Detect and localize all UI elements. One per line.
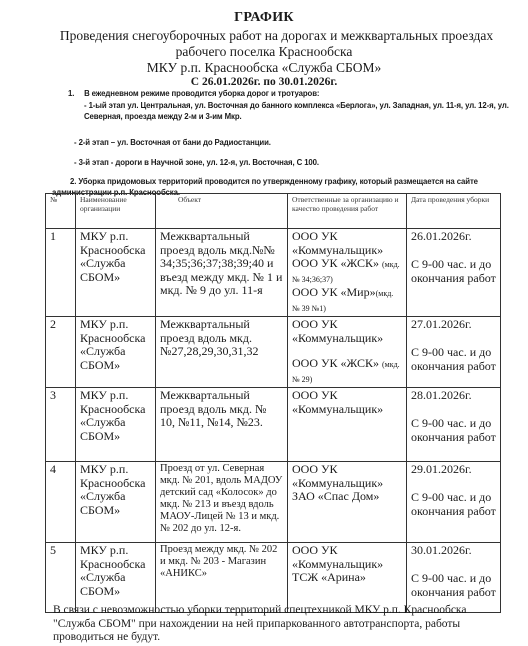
responsible-2: ЗАО «Спас Дом» (292, 489, 379, 503)
row-number: 4 (46, 462, 76, 543)
header-object: Объект (156, 194, 288, 229)
note-item-1-number: 1. (68, 88, 82, 99)
note-item-2: 2. Уборка придомовых территорий проводит… (70, 176, 478, 187)
row-number: 2 (46, 317, 76, 388)
row-number: 1 (46, 229, 76, 317)
header-number: № (46, 194, 76, 229)
schedule-table: № Наименование организации Объект Ответс… (45, 193, 501, 613)
table-row: 4 МКУ р.п. Краснообска «Служба СБОМ» Про… (46, 462, 501, 543)
responsible-1: ООО УК «Коммунальщик» (292, 543, 383, 571)
row-organization: МКУ р.п. Краснообска «Служба СБОМ» (76, 317, 156, 388)
cleaning-time: С 9-00 час. и до окончания работ (411, 257, 496, 285)
row-date: 26.01.2026г. С 9-00 час. и до окончания … (407, 229, 501, 317)
cleaning-time: С 9-00 час. и до окончания работ (411, 490, 496, 518)
responsible-2: ТСЖ «Арина» (292, 570, 366, 584)
row-object: Межквартальный проезд вдоль мкд. № 10, №… (156, 388, 288, 462)
row-organization: МКУ р.п. Краснообска «Служба СБОМ» (76, 543, 156, 613)
responsible-1: ООО УК «Коммунальщик» (292, 388, 383, 416)
table-row: 1 МКУ р.п. Краснообска «Служба СБОМ» Меж… (46, 229, 501, 317)
cleaning-date: 29.01.2026г. (411, 463, 496, 477)
table-row: 3 МКУ р.п. Краснообска «Служба СБОМ» Меж… (46, 388, 501, 462)
row-object: Проезд от ул. Северная мкд. № 201, вдоль… (156, 462, 288, 543)
row-date: 28.01.2026г. С 9-00 час. и до окончания … (407, 388, 501, 462)
row-object: Проезд между мкд. № 202 и мкд. № 203 - М… (156, 543, 288, 613)
row-organization: МКУ р.п. Краснообска «Служба СБОМ» (76, 229, 156, 317)
row-responsible: ООО УК «Коммунальщик» (288, 388, 407, 462)
cleaning-date: 30.01.2026г. (411, 544, 496, 558)
note-stage-2: - 2-й этап – ул. Восточная от бани до Ра… (74, 137, 271, 148)
header-responsible: Ответственные за организацию и качество … (288, 194, 407, 229)
row-organization: МКУ р.п. Краснообска «Служба СБОМ» (76, 462, 156, 543)
document-subtitle-settlement: рабочего поселка Краснообска (0, 44, 528, 60)
row-number: 5 (46, 543, 76, 613)
cleaning-time: С 9-00 час. и до окончания работ (411, 571, 496, 599)
responsible-1: ООО УК «Коммунальщик» (292, 317, 383, 345)
responsible-3: ООО УК «Мир» (292, 285, 376, 299)
row-responsible: ООО УК «Коммунальщик» ООО УК «ЖСК» (мкд.… (288, 229, 407, 317)
responsible-1: ООО УК «Коммунальщик» (292, 229, 383, 257)
note-item-1-text: В ежедневном режиме проводится уборка до… (84, 89, 319, 98)
table-row: 2 МКУ р.п. Краснообска «Служба СБОМ» Меж… (46, 317, 501, 388)
schedule-period: С 26.01.2026г. по 30.01.2026г. (0, 76, 528, 88)
cleaning-time: С 9-00 час. и до окончания работ (411, 416, 496, 444)
row-date: 29.01.2026г. С 9-00 час. и до окончания … (407, 462, 501, 543)
document-subtitle-organization: МКУ р.п. Краснообска «Служба СБОМ» (0, 60, 528, 76)
responsible-2: ООО УК «ЖСК» (292, 256, 379, 270)
document-title: ГРАФИК (0, 10, 528, 26)
responsible-2: ООО УК «ЖСК» (292, 356, 379, 370)
cleaning-date: 27.01.2026г. (411, 318, 496, 332)
row-object: Межквартальный проезд вдоль мкд.№№ 34;35… (156, 229, 288, 317)
header-organization: Наименование организации (76, 194, 156, 229)
cleaning-date: 28.01.2026г. (411, 389, 496, 403)
responsible-1: ООО УК «Коммунальщик» (292, 462, 383, 490)
row-responsible: ООО УК «Коммунальщик» ТСЖ «Арина» (288, 543, 407, 613)
table-row: 5 МКУ р.п. Краснообска «Служба СБОМ» Про… (46, 543, 501, 613)
note-stage-1: - 1-ый этап ул. Центральная, ул. Восточн… (84, 100, 514, 122)
header-date: Дата проведения уборки (407, 194, 501, 229)
row-number: 3 (46, 388, 76, 462)
row-date: 30.01.2026г. С 9-00 час. и до окончания … (407, 543, 501, 613)
row-organization: МКУ р.п. Краснообска «Служба СБОМ» (76, 388, 156, 462)
note-stage-3: - 3-й этап - дороги в Научной зоне, ул. … (74, 157, 319, 168)
footer-notice: В связи с невозможностью уборки территор… (53, 604, 493, 645)
document-subtitle: Проведения снегоуборочных работ на дорог… (0, 28, 528, 44)
cleaning-date: 26.01.2026г. (411, 230, 496, 244)
note-item-1: 1. В ежедневном режиме проводится уборка… (68, 88, 319, 99)
table-header-row: № Наименование организации Объект Ответс… (46, 194, 501, 229)
row-date: 27.01.2026г. С 9-00 час. и до окончания … (407, 317, 501, 388)
row-responsible: ООО УК «Коммунальщик» ЗАО «Спас Дом» (288, 462, 407, 543)
row-object: Межквартальный проезд вдоль мкд. №27,28,… (156, 317, 288, 388)
cleaning-time: С 9-00 час. и до окончания работ (411, 345, 496, 373)
row-responsible: ООО УК «Коммунальщик» ООО УК «ЖСК» (мкд.… (288, 317, 407, 388)
